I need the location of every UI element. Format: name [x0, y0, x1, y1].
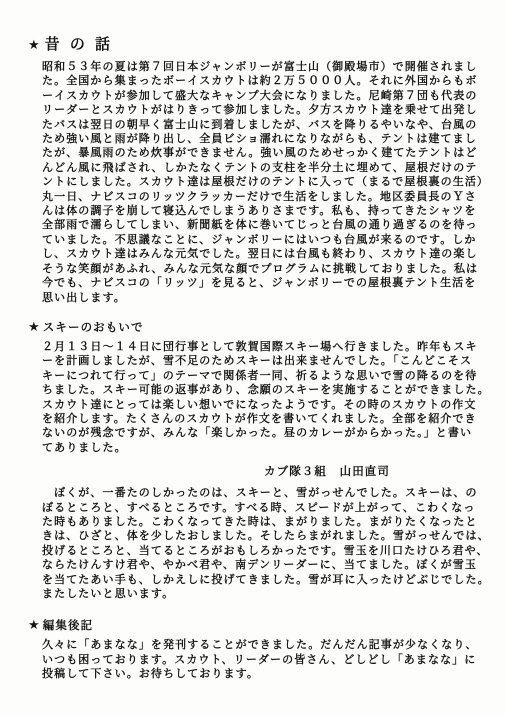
section-spacer — [28, 601, 506, 617]
section-editors-note: ★編集後記 久々に「あまなな」を発刊することができました。だんだん記事が少なくな… — [28, 617, 506, 681]
section-ski-memories-body: ２月１３日～１４日に団行事として敦賀国際スキー場へ行きました。昨年もスキ ーを計… — [42, 340, 506, 455]
section-editors-note-body: 久々に「あまなな」を発刊することができました。だんだん記事が少なくなり、 いつも… — [42, 638, 506, 681]
essay-body: ぼくが、一番たのしかったのは、スキーと、雪がっせんでした。スキーは、の ぼるとこ… — [42, 486, 506, 601]
star-icon: ★ — [28, 319, 41, 334]
essay-byline: カブ隊３組 山田直司 — [264, 465, 506, 480]
section-old-story-title: 昔 の 話 — [45, 36, 113, 53]
section-editors-note-title: 編集後記 — [43, 620, 93, 632]
section-old-story-body: 昭和５３年の夏は第７回日本ジャンボリーが富士山（御殿場市）で開催されまし た。全… — [42, 60, 506, 305]
document-page: ★昔 の 話 昭和５３年の夏は第７回日本ジャンボリーが富士山（御殿場市）で開催さ… — [0, 0, 506, 716]
section-old-story-heading: ★昔 の 話 — [28, 36, 506, 54]
star-icon: ★ — [28, 37, 43, 52]
section-ski-memories-title: スキーのおもいで — [43, 322, 144, 334]
star-icon: ★ — [28, 617, 41, 632]
section-old-story: ★昔 の 話 昭和５３年の夏は第７回日本ジャンボリーが富士山（御殿場市）で開催さ… — [28, 36, 506, 305]
section-spacer — [28, 305, 506, 319]
section-editors-note-heading: ★編集後記 — [28, 617, 506, 634]
section-ski-memories-heading: ★スキーのおもいで — [28, 319, 506, 336]
section-ski-memories: ★スキーのおもいで ２月１３日～１４日に団行事として敦賀国際スキー場へ行きました… — [28, 319, 506, 602]
